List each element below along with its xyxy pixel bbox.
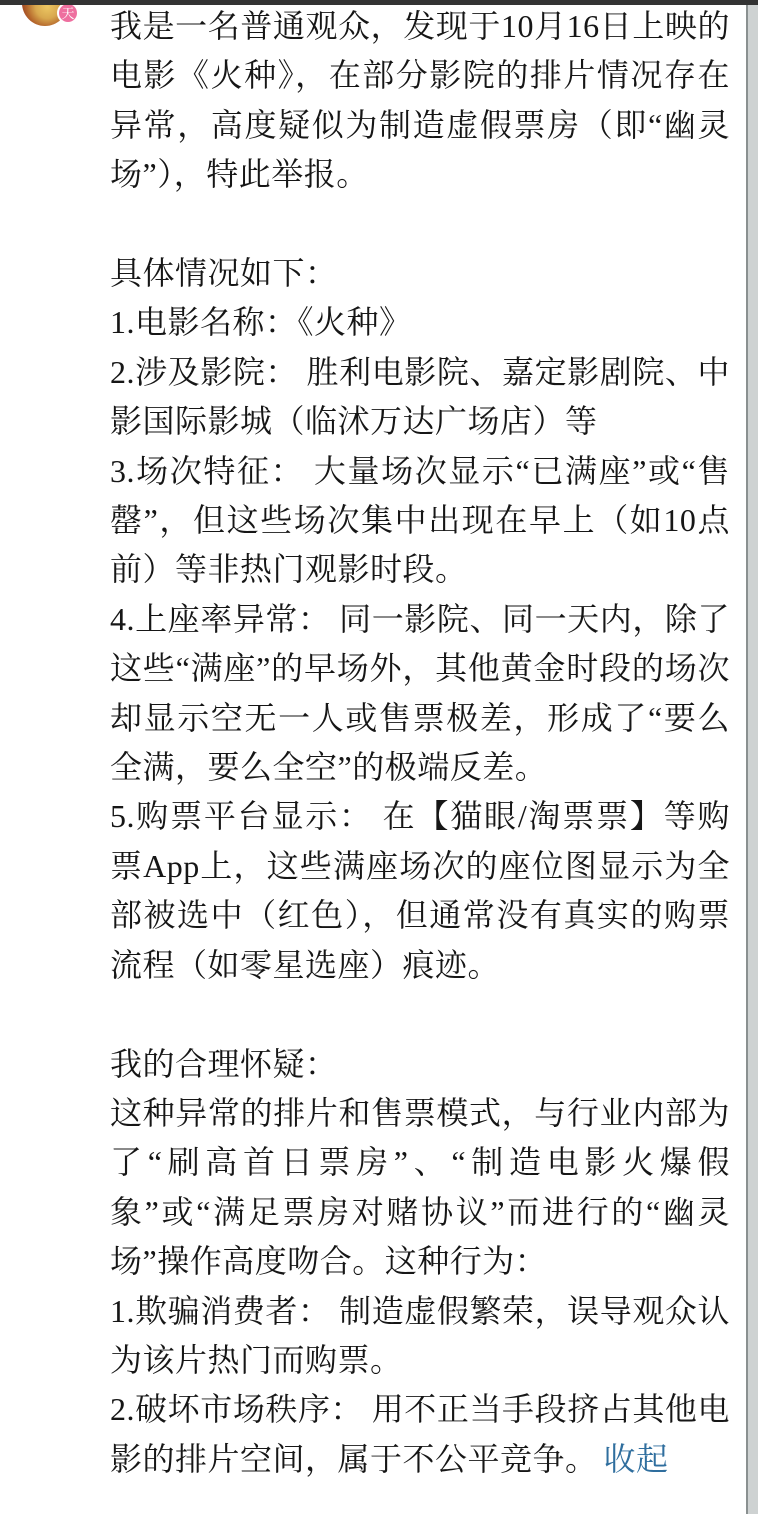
post-paragraph bbox=[110, 990, 730, 1039]
post-paragraph: 具体情况如下： bbox=[110, 249, 730, 298]
scrollbar[interactable] bbox=[746, 0, 758, 1514]
post-paragraph: 3.场次特征： 大量场次显示“已满座”或“售罄”，但这些场次集中出现在早上（如1… bbox=[110, 447, 730, 595]
post-paragraph: 1.电影名称：《火种》 bbox=[110, 298, 730, 347]
post-paragraph: 1.欺骗消费者： 制造虚假繁荣，误导观众认为该片热门而购票。 bbox=[110, 1287, 730, 1386]
post-paragraph-last: 2.破坏市场秩序： 用不正当手段挤占其他电影的排片空间，属于不公平竞争。收起 bbox=[110, 1385, 730, 1484]
avatar-badge: 天 bbox=[57, 2, 79, 24]
top-divider-bar bbox=[0, 0, 758, 5]
post-paragraph: 我是一名普通观众，发现于10月16日上映的电影《火种》，在部分影院的排片情况存在… bbox=[110, 2, 730, 200]
post-paragraph: 这种异常的排片和售票模式，与行业内部为了“刷高首日票房”、“制造电影火爆假象”或… bbox=[110, 1089, 730, 1287]
post-paragraph bbox=[110, 200, 730, 249]
post-paragraph: 5.购票平台显示： 在【猫眼/淘票票】等购票App上，这些满座场次的座位图显示为… bbox=[110, 792, 730, 990]
post-body: 我是一名普通观众，发现于10月16日上映的电影《火种》，在部分影院的排片情况存在… bbox=[110, 2, 730, 1484]
avatar-badge-label: 天 bbox=[61, 7, 74, 20]
post-paragraph: 我的合理怀疑： bbox=[110, 1040, 730, 1089]
post-screen: 天 我是一名普通观众，发现于10月16日上映的电影《火种》，在部分影院的排片情况… bbox=[0, 0, 758, 1514]
post-paragraph: 4.上座率异常： 同一影院、同一天内，除了这些“满座”的早场外，其他黄金时段的场… bbox=[110, 595, 730, 793]
post-paragraphs: 我是一名普通观众，发现于10月16日上映的电影《火种》，在部分影院的排片情况存在… bbox=[110, 2, 730, 1385]
post-paragraph: 2.涉及影院： 胜利电影院、嘉定影剧院、中影国际影城（临沭万达广场店）等 bbox=[110, 348, 730, 447]
collapse-link[interactable]: 收起 bbox=[604, 1441, 669, 1477]
